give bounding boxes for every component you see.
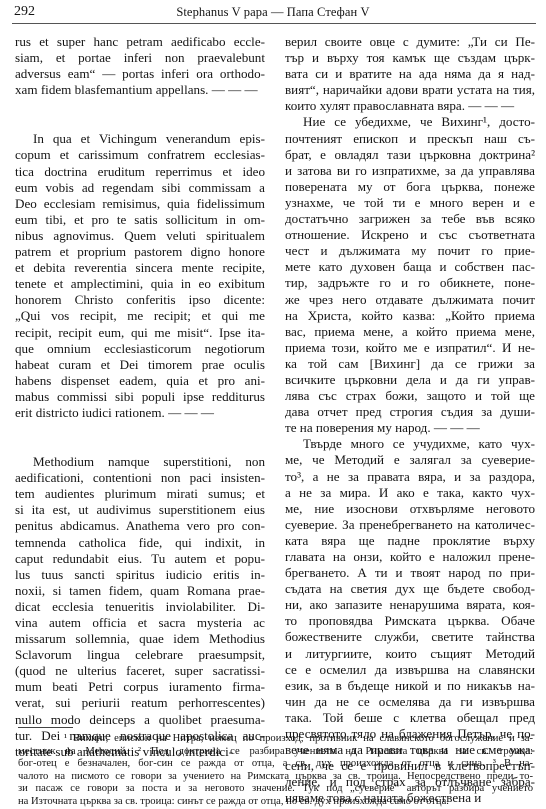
paragraph: In qua et Vichingum venerandum epis-copu… xyxy=(15,131,265,421)
text-line: ме, че Методий е залягал за суеверие- xyxy=(285,452,535,468)
text-line: же чрез него отдавате дължимата почит xyxy=(285,292,535,308)
text-line: „Qui vos recipit, me recipit; et qui me xyxy=(15,308,265,324)
footnote-line: бог-отец е безначален, бог-син се ражда … xyxy=(18,758,533,771)
text-line: eum tibi, et pro te satis sollicitum in … xyxy=(15,212,265,228)
text-line: noxii, si tamen fidem, quam Romana prae- xyxy=(15,583,265,599)
text-line: приема този, който ме е изпратил“. И не- xyxy=(285,340,535,356)
text-line: tenete et amplectimini, quia in eo exibi… xyxy=(15,276,265,292)
text-line: temnenda catholica fide, qui indixit, in xyxy=(15,535,265,551)
text-line: erit districto iudici rationem. — — — xyxy=(15,405,265,421)
text-line: чин да не се осмелява да ги извършва xyxy=(285,694,535,710)
text-line: вата си и вратите на ада няма да я над- xyxy=(285,66,535,82)
text-line: missarum sollemnia, quae idem Methodius xyxy=(15,631,265,647)
text-line: главата на онзи, който е наложил прене- xyxy=(285,549,535,565)
text-line: ка той сам [Вихинг] да се грижи за xyxy=(285,356,535,372)
text-line: на Христа, който казва: „Който приема xyxy=(285,308,535,324)
text-line: съдата на светия дух ще бъдете свобод- xyxy=(285,581,535,597)
paragraph: rus et super hanc petram aedificabo eccl… xyxy=(15,34,265,98)
text-line: dicat ecclesia tenueritis inviolabiliter… xyxy=(15,599,265,615)
footnote-line: ¹ Вихинг, епископ на Нитра, немец по про… xyxy=(18,733,533,746)
text-line: чест и дължимата му почит го прие- xyxy=(285,243,535,259)
running-title: Stephanus V papa — Папа Стефан V xyxy=(12,5,534,20)
text-line: то проповядва Римската църква. Обаче xyxy=(285,613,535,629)
text-line: adversus eam“ — portas inferi ora orthod… xyxy=(15,66,265,82)
text-line: узнахме, че той ти е много верен и е xyxy=(285,195,535,211)
footnote-line: зи пасаж се говори за поста и за неговот… xyxy=(18,783,533,796)
text-line: mum beati Petri corpus iuramento firma- xyxy=(15,679,265,695)
text-line: caput redundabit eius. Tu autem et popu- xyxy=(15,551,265,567)
text-line: тир, задръжте го и го обикнете, поне- xyxy=(285,275,535,291)
text-line: patrem et proprium pastorem digno honore xyxy=(15,244,265,260)
text-line: които хулят православната вяра. — — — xyxy=(285,98,535,114)
text-line: verat, sui periurii reatum perhorrescent… xyxy=(15,695,265,711)
footnote-line: на Източната църква за св. троица: синът… xyxy=(18,796,533,809)
text-line: que omnium ecclesiasticorum negotiorum xyxy=(15,341,265,357)
header-rule xyxy=(12,23,536,24)
text-line: те на поверения му народ. — — — xyxy=(285,420,535,436)
text-line: honorem Christo conferitis ipso dicente: xyxy=(15,292,265,308)
text-line: habens dispenset eadem, quia et pro ani- xyxy=(15,373,265,389)
text-line: ката вяра ще падне проклятие върху xyxy=(285,533,535,549)
text-line: habeat curam et Dei timorem prae oculis xyxy=(15,357,265,373)
text-line: брегването. А ти и твоят народ по при- xyxy=(285,565,535,581)
footnotes: ¹ Вихинг, епископ на Нитра, немец по про… xyxy=(18,733,533,808)
text-line: Methodium namque superstitioni, non xyxy=(15,454,265,470)
text-line: суеверие. За пренебрегването на католиче… xyxy=(285,517,535,533)
text-line: всичките църковни дела и да ги управ- xyxy=(285,372,535,388)
text-line: ни, ако запазите ненарушима вярата, коя- xyxy=(285,597,535,613)
text-line: (quod ne ulterius faceret, super sacrati… xyxy=(15,663,265,679)
bulgarian-translation-column: верил своите овце с думите: „Ти си Пе-тъ… xyxy=(285,34,535,807)
text-line: мете като духовен баща и собствен пас- xyxy=(285,259,535,275)
text-line: rus et super hanc petram aedificabo eccl… xyxy=(15,34,265,50)
footnote-rule xyxy=(18,727,73,728)
text-line: и литургиите, които същият Методий xyxy=(285,646,535,662)
text-line: aedificationi, contentioni non paci insi… xyxy=(15,470,265,486)
text-line: то³, а не за правата вяра, и за раздора, xyxy=(285,469,535,485)
text-line: се е осмелил да извършва на славянски xyxy=(285,662,535,678)
text-line: penitus abdicamus. Anathema vero pro con… xyxy=(15,518,265,534)
text-line: recipit, recipit eum, qui me misit“. Ips… xyxy=(15,325,265,341)
text-line: Ние се убедихме, че Вихинг¹, досто- xyxy=(285,114,535,130)
text-line: и затова ви го изпратихме, за да управля… xyxy=(285,163,535,179)
text-line: copum et carissimum confratrem ecclesias… xyxy=(15,147,265,163)
text-line: siam, et portae inferi non praevalebunt xyxy=(15,50,265,66)
text-line: eum vobis ad regendam sibi commissam a xyxy=(15,180,265,196)
text-line: lus tuus sancti spiritus iudicio eritis … xyxy=(15,567,265,583)
text-line: така. Той беше с клетва обещал пред xyxy=(285,710,535,726)
text-line: достатъчно загрижен за тебе във всяко xyxy=(285,211,535,227)
text-line: nullo modo deinceps a quolibet praesuma- xyxy=(15,712,265,728)
text-line: nibus agnovimus. Quem veluti spiritualem xyxy=(15,228,265,244)
text-line: In qua et Vichingum venerandum epis- xyxy=(15,131,265,147)
text-line: вас, приема мене, а който приема мене, xyxy=(285,324,535,340)
text-line: mabus commissi sibi populi ipse redditur… xyxy=(15,389,265,405)
text-line: отношение. Искрено и със съответната xyxy=(285,227,535,243)
text-line: а не за мира. И ако е така, както чух- xyxy=(285,485,535,501)
text-line: tica doctrina eruditum reperrimus et ide… xyxy=(15,164,265,180)
text-line: et debita reverentia sincera mente recip… xyxy=(15,260,265,276)
paragraph-gap xyxy=(15,421,265,454)
text-line: брат, е овладял тази църковна доктрина² xyxy=(285,147,535,163)
text-line: език, за в бъдеще никой и по никакъв на- xyxy=(285,678,535,694)
text-line: божествените служби, светите тайнства xyxy=(285,629,535,645)
text-line: Твърде много се учудихме, като чух- xyxy=(285,436,535,452)
text-line: Deo ecclesiam remisimus, quia fidelissim… xyxy=(15,196,265,212)
text-line: лява със страх божи, защото и той ще xyxy=(285,388,535,404)
text-line: почтеният епископ и прескъп наш съ- xyxy=(285,131,535,147)
text-line: vina autem officia et sacra mysteria ac xyxy=(15,615,265,631)
footnote-line: чалото на писмото се говори за учението … xyxy=(18,771,533,784)
text-line: xam fidem blasfemantium appellans. — — — xyxy=(15,82,265,98)
text-line: верил своите овце с думите: „Ти си Пе- xyxy=(285,34,535,50)
text-line: Sclavorum lingua celebrare praesumpsit, xyxy=(15,647,265,663)
footnote-line: местник на Методий. ² Под доктрина се ра… xyxy=(18,746,533,759)
text-line: si ita est, ut audivimus superstitionem … xyxy=(15,502,265,518)
text-line: дава отчет пред строгия съдия за души- xyxy=(285,404,535,420)
latin-text-column: rus et super hanc petram aedificabo eccl… xyxy=(15,34,265,760)
text-line: ме, ние изоснови отхвърляме неговото xyxy=(285,501,535,517)
text-line: тър и върху тоя камък ще създам църк- xyxy=(285,50,535,66)
text-line: tem audientes plurimum mirati sumus; et xyxy=(15,486,265,502)
paragraph-gap xyxy=(15,98,265,131)
paragraph: Ние се убедихме, че Вихинг¹, досто-почте… xyxy=(285,114,535,436)
text-line: поверената му от бога църква, понеже xyxy=(285,179,535,195)
page-header: 292 Stephanus V papa — Папа Стефан V xyxy=(12,4,534,22)
paragraph: верил своите овце с думите: „Ти си Пе-тъ… xyxy=(285,34,535,114)
paragraph: Methodium namque superstitioni, nonaedif… xyxy=(15,454,265,760)
text-line: вият“, наричайки адови врати устата на т… xyxy=(285,82,535,98)
